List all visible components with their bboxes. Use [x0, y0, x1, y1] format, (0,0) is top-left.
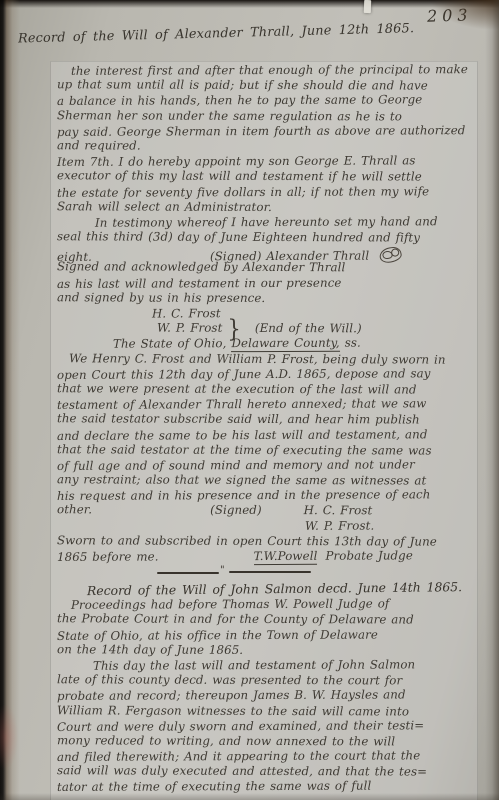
- manuscript-line: the estate for seventy five dollars in a…: [57, 184, 487, 201]
- text-segment: Delaware County,: [231, 336, 339, 353]
- text-segment: Court and were duly sworn and examined, …: [57, 718, 424, 735]
- text-segment: In testimony whereof I have hereunto set…: [95, 214, 438, 231]
- manuscript-line: the Probate Court in and for the County …: [57, 612, 487, 629]
- text-segment: probate and record; thereupon James B. W…: [57, 688, 406, 705]
- manuscript-line: probate and record; thereupon James B. W…: [57, 687, 487, 704]
- text-segment: William R. Fergason witnesses to the sai…: [57, 703, 409, 719]
- manuscript-line: that the said testator at the time of ex…: [57, 442, 487, 459]
- text-segment: W. P. Frost.: [305, 518, 374, 534]
- text-segment: up that sum until all is paid; but if sh…: [57, 77, 428, 93]
- text-segment: that we were present at the execution of…: [57, 381, 417, 397]
- manuscript-line: tator at the time of executing the same …: [57, 778, 487, 795]
- manuscript-line: Signed and acknowledged by Alexander Thr…: [57, 260, 487, 277]
- text-segment: any restraint; also that we signed the s…: [57, 472, 426, 488]
- text-segment: Probate Judge: [325, 548, 413, 564]
- text-segment: State of Ohio, at his office in the Town…: [57, 627, 378, 644]
- manuscript-line: and signed by us in his presence.: [57, 290, 487, 307]
- manuscript-line: other.(Signed)H. C. Frost: [57, 503, 487, 520]
- text-segment: as his last will and testament in our pr…: [57, 275, 342, 291]
- text-segment: (Signed): [210, 503, 262, 518]
- divider-rule-left: [157, 572, 219, 574]
- text-segment: Sherman her son under the same regulatio…: [57, 108, 402, 124]
- manuscript-line: Sherman her son under the same regulatio…: [57, 108, 487, 125]
- manuscript-line: a balance in his hands, then he to pay t…: [57, 92, 487, 109]
- record-salmon-body: Proceedings had before Thomas W. Powell …: [57, 597, 487, 794]
- text-segment: the estate for seventy five dollars in a…: [57, 184, 429, 201]
- text-segment: open Court this 12th day of June A.D. 18…: [57, 366, 431, 383]
- text-segment: Signed and acknowledged by Alexander Thr…: [57, 260, 345, 276]
- tape-mark: [364, 0, 371, 13]
- text-segment: H. C. Frost: [152, 306, 221, 322]
- text-segment: (End of the Will.): [255, 321, 362, 337]
- text-segment: This day the last will and testament of …: [93, 657, 415, 674]
- text-segment: the Probate Court in and for the County …: [57, 612, 414, 628]
- text-segment: a balance in his hands, then he to pay t…: [57, 93, 422, 110]
- text-segment: other.: [57, 503, 92, 518]
- text-segment: on the 14th day of June 1865.: [57, 642, 243, 658]
- binding-shadow-left: [0, 0, 20, 800]
- text-segment: seal this third (3d) day of June Eightee…: [57, 229, 420, 245]
- text-segment: mony reduced to writing, and now annexed…: [57, 733, 395, 749]
- manuscript-line: and declare the same to be his last will…: [57, 427, 487, 444]
- divider-tick-mark: ": [220, 565, 225, 576]
- text-segment: Sworn to and subscribed in open Court th…: [57, 533, 437, 550]
- text-segment: H. C. Frost: [304, 504, 373, 519]
- text-segment: that the said testator at the time of ex…: [57, 442, 432, 459]
- text-segment: late of this county decd. was presented …: [57, 672, 402, 688]
- text-segment: the said testator subscribe said will, a…: [57, 412, 420, 428]
- record-title-thrall: Record of the Will of Alexander Thrall, …: [18, 21, 438, 47]
- manuscript-line: 1865 before me.T.W.PowellProbate Judge: [57, 548, 487, 565]
- divider-rule-right: [229, 571, 311, 573]
- text-segment: 1865 before me.: [57, 549, 159, 565]
- manuscript-line: open Court this 12th day of June A.D. 18…: [57, 366, 487, 383]
- manuscript-line: of full age and of sound mind and memory…: [57, 457, 487, 474]
- manuscript-line: In testimony whereof I have hereunto set…: [57, 214, 487, 231]
- manuscript-line: on the 14th day of June 1865.: [57, 642, 487, 659]
- manuscript-line: as his last will and testament in our pr…: [57, 275, 487, 292]
- text-segment: and declare the same to be his last will…: [57, 427, 428, 444]
- ink-stain-mark: [0, 693, 26, 781]
- manuscript-line: The State of Ohio,Delaware County,ss.: [57, 335, 487, 352]
- manuscript-line: State of Ohio, at his office in the Town…: [57, 627, 487, 644]
- manuscript-line: executor of this my last will and testam…: [57, 169, 487, 186]
- text-segment: and signed by us in his presence.: [57, 290, 265, 306]
- manuscript-text-area: the interest first and after that enough…: [57, 63, 487, 795]
- text-segment: and required.: [57, 138, 141, 153]
- page-edge-right-shadow: [485, 0, 499, 800]
- text-segment: Sarah will select an Administrator.: [57, 199, 272, 215]
- manuscript-line: Court and were duly sworn and examined, …: [57, 718, 487, 735]
- manuscript-line: the said testator subscribe said will, a…: [57, 412, 487, 429]
- text-segment: said will was duly executed and attested…: [57, 763, 427, 779]
- text-segment: The State of Ohio,: [113, 337, 227, 353]
- manuscript-line: We Henry C. Frost and William P. Frost, …: [57, 351, 487, 368]
- manuscript-line: pay said. George Sherman in item fourth …: [57, 123, 487, 140]
- manuscript-line: William R. Fergason witnesses to the sai…: [57, 703, 487, 720]
- text-segment: executor of this my last will and testam…: [57, 169, 422, 185]
- manuscript-line: mony reduced to writing, and now annexed…: [57, 733, 487, 750]
- text-segment: pay said. George Sherman in item fourth …: [57, 123, 465, 140]
- text-segment: We Henry C. Frost and William P. Frost, …: [69, 351, 446, 368]
- ledger-page: 203 Record of the Will of Alexander Thra…: [0, 0, 499, 800]
- text-segment: W. P. Frost: [157, 321, 222, 336]
- record-thrall-body: the interest first and after that enough…: [57, 63, 487, 564]
- text-segment: tator at the time of executing the same …: [57, 779, 371, 796]
- manuscript-line: Sworn to and subscribed in open Court th…: [57, 533, 487, 550]
- manuscript-line: Sarah will select an Administrator.: [57, 199, 487, 216]
- text-segment: T.W.Powell: [254, 549, 318, 565]
- text-segment: ss.: [345, 336, 361, 351]
- manuscript-line: W. P. Frost.: [57, 518, 487, 535]
